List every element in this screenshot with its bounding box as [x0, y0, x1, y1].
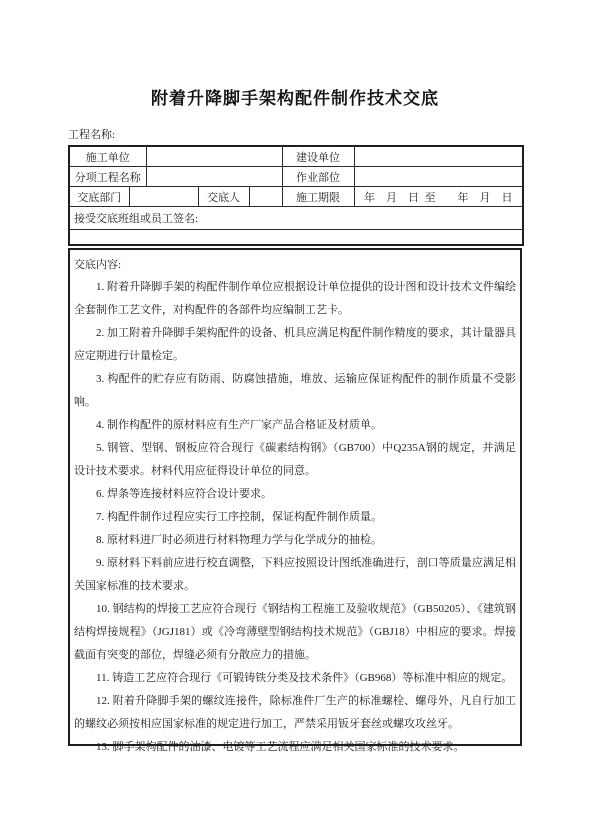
content-label: 交底内容:	[74, 255, 516, 276]
info-row-units: 施工单位 建设单位	[69, 146, 523, 167]
project-name-label: 工程名称:	[68, 126, 115, 142]
construction-period-label: 施工期限	[282, 187, 354, 207]
content-paragraph-10: 10. 钢结构的焊接工艺应符合现行《钢结构工程施工及验收规范》（GB50205）…	[74, 598, 516, 667]
info-row-briefing: 交底部门 交底人 施工期限 年 月 日 至 年 月 日	[69, 187, 523, 207]
content-paragraph-7: 7. 构配件制作过程应实行工序控制，保证构配件制作质量。	[74, 506, 516, 529]
content-paragraph-4: 4. 制作构配件的原材料应有生产厂家产品合格证及材质单。	[74, 414, 516, 437]
subproject-name-value	[146, 167, 282, 187]
content-paragraph-12: 12. 附着升降脚手架的螺纹连接件，除标准件厂生产的标准螺栓、螺母外，凡自行加工…	[74, 690, 516, 736]
content-paragraph-8: 8. 原材料进厂时必须进行材料物理力学与化学成分的抽检。	[74, 529, 516, 552]
briefing-content-box: 交底内容: 1. 附着升降脚手架的构配件制作单位应根据设计单位提供的设计图和设计…	[68, 248, 522, 746]
document-page: 附着升降脚手架构配件制作技术交底 工程名称: 施工单位 建设单位 分项工程名称 …	[0, 0, 590, 835]
client-unit-value	[354, 146, 523, 167]
content-paragraph-6: 6. 焊条等连接材料应符合设计要求。	[74, 483, 516, 506]
content-paragraph-3: 3. 构配件的贮存应有防雨、防腐蚀措施，堆放、运输应保证构配件的制作质量不受影响…	[74, 368, 516, 414]
work-area-value	[354, 167, 523, 187]
content-paragraph-9: 9. 原材料下料前应进行校直调整，下料应按照设计图纸准确进行，剖口等质量应满足相…	[74, 552, 516, 598]
info-table: 施工单位 建设单位 分项工程名称 作业部位 交底部门 交底人 施工期限 年 月 …	[68, 145, 524, 246]
briefer-label: 交底人	[198, 187, 249, 207]
page-title: 附着升降脚手架构配件制作技术交底	[0, 84, 590, 109]
info-row-signature: 接受交底班组或员工签名:	[69, 207, 523, 230]
content-paragraph-1: 1. 附着升降脚手架的构配件制作单位应根据设计单位提供的设计图和设计技术文件编绘…	[74, 276, 516, 322]
signature-value	[69, 230, 523, 246]
construction-unit-value	[146, 146, 282, 167]
work-area-label: 作业部位	[282, 167, 354, 187]
content-paragraph-13: 13. 脚手架构配件的油漆、电镀等工艺流程应满足相关国家标准的技术要求。	[74, 736, 516, 759]
briefing-dept-label: 交底部门	[69, 187, 129, 207]
construction-period-value: 年 月 日 至 年 月 日	[354, 187, 523, 207]
subproject-name-label: 分项工程名称	[69, 167, 146, 187]
info-row-subproject: 分项工程名称 作业部位	[69, 167, 523, 187]
briefing-dept-value	[129, 187, 198, 207]
info-row-signature-blank	[69, 230, 523, 246]
construction-unit-label: 施工单位	[69, 146, 146, 167]
content-paragraph-11: 11. 铸造工艺应符合现行《可锻铸铁分类及技术条件》（GB968）等标准中相应的…	[74, 667, 516, 690]
content-paragraph-5: 5. 钢管、型钢、钢板应符合现行《碳素结构钢》（GB700）中Q235A钢的规定…	[74, 437, 516, 483]
client-unit-label: 建设单位	[282, 146, 354, 167]
content-paragraph-2: 2. 加工附着升降脚手架构配件的设备、机具应满足构配件制作精度的要求，其计量器具…	[74, 322, 516, 368]
signature-label: 接受交底班组或员工签名:	[69, 207, 523, 230]
briefer-value	[249, 187, 282, 207]
